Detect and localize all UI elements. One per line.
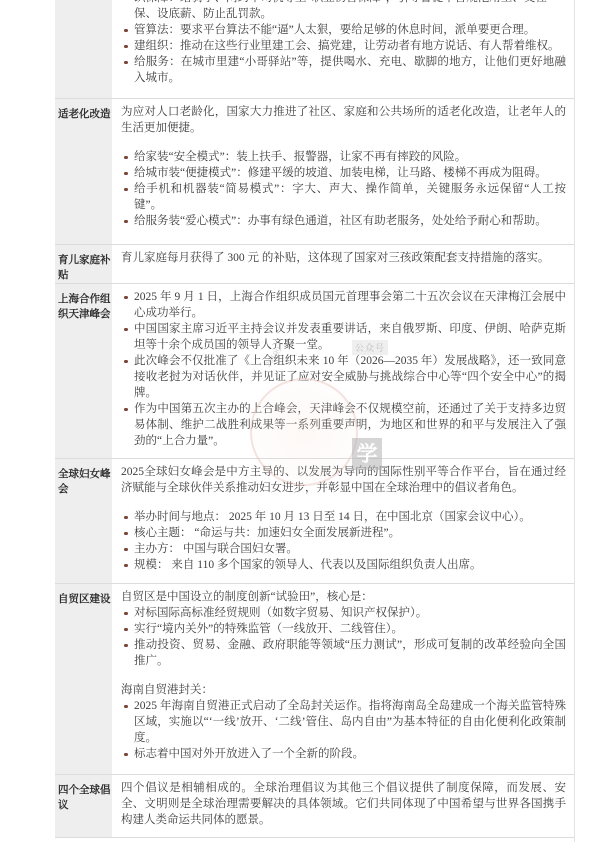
bullet-item: 作为中国第五次主办的上合峰会，天津峰会不仅规模空前，还通过了关于支持多边贸易体制… [121, 401, 566, 449]
bullet-list: 举办时间与地点： 2025 年 10 月 13 日至 14 日，在中国北京（国家… [121, 509, 566, 573]
text-line: 推动投资、贸易、金融、政府职能等领域“压力测试”，形成可复制的改革经验向全国推广… [134, 637, 566, 669]
text-line: 给手机和机器装“简易模式”：字大、声大、操作简单，关键服务永远保留“人工按键”。 [134, 181, 566, 213]
table-row: 四个全球倡议 四个倡议是相辅相成的。全球治理倡议为其他三个倡议提供了制度保障，而… [55, 775, 574, 838]
row-content: 四个倡议是相辅相成的。全球治理倡议为其他三个倡议提供了制度保障，而发展、安全、文… [112, 775, 574, 837]
text-line: 实行“境内关外”的特殊监管（一线放开、二线管住）。 [134, 621, 566, 637]
paragraph: 海南自贸港封关： [121, 682, 566, 698]
text-line: 建组织：推动在这些行业里建工会、搞党建，让劳动者有地方说话、有人帮着维权。 [134, 38, 566, 54]
row-content: 为应对人口老龄化，国家大力推进了社区、家庭和公共场所的适老化改造，让老年人的生活… [112, 99, 574, 244]
row-content: 育儿家庭每月获得了 300 元 的补贴，这体现了国家对三孩政策配套支持措施的落实… [112, 245, 574, 283]
bullet-item: 规模： 来自 110 多个国家的领导人、代表以及国际组织负责人出席。 [121, 557, 566, 573]
row-label: 育儿家庭补贴 [55, 245, 112, 283]
bullet-item: 管算法：要求平台算法不能“逼”人太狠，要给足够的休息时间，派单要更合理。 [121, 22, 566, 38]
text-line: 给服务装“爱心模式”：办事有绿色通道，社区有助老服务，处处给予耐心和帮助。 [134, 213, 566, 229]
text-line: 规模： 来自 110 多个国家的领导人、代表以及国际组织负责人出席。 [134, 557, 566, 573]
paragraph: 2025全球妇女峰会是中方主导的、以发展为导向的国际性别平等合作平台，旨在通过经… [121, 464, 566, 496]
text-line: 对标国际高标准经贸规则（如数字贸易、知识产权保护）。 [134, 605, 566, 621]
bullet-item: 中国国家主席习近平主持会议并发表重要讲话，来自俄罗斯、印度、伊朗、哈萨克斯坦等十… [121, 321, 566, 353]
table-row: 全球妇女峰会 2025全球妇女峰会是中方主导的、以发展为导向的国际性别平等合作平… [55, 459, 574, 584]
paragraph: 四个倡议是相辅相成的。全球治理倡议为其他三个倡议提供了制度保障，而发展、安全、文… [121, 780, 566, 828]
row-label: 全球妇女峰会 [55, 459, 112, 583]
bullet-item: 给手机和机器装“简易模式”：字大、声大、操作简单，关键服务永远保留“人工按键”。 [121, 181, 566, 213]
text-line: 主办方： 中国与联合国妇女署。 [134, 541, 566, 557]
row-content: 2025 年 9 月 1 日，上海合作组织成员国元首理事会第二十五次会议在天津梅… [112, 284, 574, 458]
bullet-item: 标志着中国对外开放进入了一个全新的阶段。 [121, 746, 566, 762]
bullet-item: 给家装“安全模式”：装上扶手、报警器，让家不再有摔跤的风险。 [121, 149, 566, 165]
document-page: 织保障：给骑手、网约车司机等上“职业伤害保障”，引导督促平台规范用工、交社保、设… [0, 0, 596, 842]
text-line: 2025 年 9 月 1 日，上海合作组织成员国元首理事会第二十五次会议在天津梅… [134, 289, 566, 321]
bullet-item: 举办时间与地点： 2025 年 10 月 13 日至 14 日，在中国北京（国家… [121, 509, 566, 525]
bullet-item: 给服务：在城市里建“小哥驿站”等，提供喝水、充电、歇脚的地方，让他们更好地融入城… [121, 54, 566, 86]
table-row: 育儿家庭补贴 育儿家庭每月获得了 300 元 的补贴，这体现了国家对三孩政策配套… [55, 245, 574, 284]
bullet-item: 此次峰会不仅批准了《上合组织未来 10 年（2026—2035 年）发展战略》，… [121, 353, 566, 401]
bullet-item: 给服务装“爱心模式”：办事有绿色通道，社区有助老服务，处处给予耐心和帮助。 [121, 213, 566, 229]
summary-table: 织保障：给骑手、网约车司机等上“职业伤害保障”，引导督促平台规范用工、交社保、设… [55, 0, 574, 838]
text-line: 给服务：在城市里建“小哥驿站”等，提供喝水、充电、歇脚的地方，让他们更好地融入城… [134, 54, 566, 86]
bullet-item: 织保障：给骑手、网约车司机等上“职业伤害保障”，引导督促平台规范用工、交社保、设… [121, 0, 566, 22]
bullet-item: 对标国际高标准经贸规则（如数字贸易、知识产权保护）。 [121, 605, 566, 621]
text-line: 给家装“安全模式”：装上扶手、报警器，让家不再有摔跤的风险。 [134, 149, 566, 165]
bullet-item: 主办方： 中国与联合国妇女署。 [121, 541, 566, 557]
bullet-item: 2025 年海南自贸港正式启动了全岛封关运作。指将海南岛全岛建成一个海关监管特殊… [121, 698, 566, 746]
text-line: 保、设底薪、防止乱罚款。 [134, 6, 566, 22]
paragraph: 自贸区是中国设立的制度创新“试验田”，核心是： [121, 589, 566, 605]
table-right-border [574, 0, 575, 842]
table-row: 织保障：给骑手、网约车司机等上“职业伤害保障”，引导督促平台规范用工、交社保、设… [55, 0, 574, 99]
bullet-item: 推动投资、贸易、金融、政府职能等领域“压力测试”，形成可复制的改革经验向全国推广… [121, 637, 566, 669]
bullet-item: 2025 年 9 月 1 日，上海合作组织成员国元首理事会第二十五次会议在天津梅… [121, 289, 566, 321]
row-label: 上海合作组织天津峰会 [55, 284, 112, 458]
row-content: 织保障：给骑手、网约车司机等上“职业伤害保障”，引导督促平台规范用工、交社保、设… [112, 0, 574, 98]
row-content: 2025全球妇女峰会是中方主导的、以发展为导向的国际性别平等合作平台，旨在通过经… [112, 459, 574, 583]
bullet-item: 建组织：推动在这些行业里建工会、搞党建，让劳动者有地方说话、有人帮着维权。 [121, 38, 566, 54]
bullet-item: 实行“境内关外”的特殊监管（一线放开、二线管住）。 [121, 621, 566, 637]
bullet-list: 给家装“安全模式”：装上扶手、报警器，让家不再有摔跤的风险。给城市装“便捷模式”… [121, 149, 566, 229]
text-line: 举办时间与地点： 2025 年 10 月 13 日至 14 日，在中国北京（国家… [134, 509, 566, 525]
row-content: 自贸区是中国设立的制度创新“试验田”，核心是：对标国际高标准经贸规则（如数字贸易… [112, 584, 574, 774]
text-line: 标志着中国对外开放进入了一个全新的阶段。 [134, 746, 566, 762]
text-line: 中国国家主席习近平主持会议并发表重要讲话，来自俄罗斯、印度、伊朗、哈萨克斯坦等十… [134, 321, 566, 353]
text-line: 管算法：要求平台算法不能“逼”人太狠，要给足够的休息时间，派单要更合理。 [134, 22, 566, 38]
paragraph: 育儿家庭每月获得了 300 元 的补贴，这体现了国家对三孩政策配套支持措施的落实… [121, 250, 566, 266]
table-row: 自贸区建设 自贸区是中国设立的制度创新“试验田”，核心是：对标国际高标准经贸规则… [55, 584, 574, 775]
bullet-list: 织保障：给骑手、网约车司机等上“职业伤害保障”，引导督促平台规范用工、交社保、设… [121, 0, 566, 86]
text-line: 作为中国第五次主办的上合峰会，天津峰会不仅规模空前，还通过了关于支持多边贸易体制… [134, 401, 566, 449]
row-label: 自贸区建设 [55, 584, 112, 774]
bullet-item: 核心主题： “命运与共：加速妇女全面发展新进程”。 [121, 525, 566, 541]
table-row: 上海合作组织天津峰会 2025 年 9 月 1 日，上海合作组织成员国元首理事会… [55, 284, 574, 459]
bullet-item: 给城市装“便捷模式”：修建平缓的坡道、加装电梯，让马路、楼梯不再成为阻碍。 [121, 165, 566, 181]
text-line: 此次峰会不仅批准了《上合组织未来 10 年（2026—2035 年）发展战略》，… [134, 353, 566, 401]
text-line: 给城市装“便捷模式”：修建平缓的坡道、加装电梯，让马路、楼梯不再成为阻碍。 [134, 165, 566, 181]
row-label [55, 0, 112, 98]
text-line: 核心主题： “命运与共：加速妇女全面发展新进程”。 [134, 525, 566, 541]
bullet-list: 2025 年海南自贸港正式启动了全岛封关运作。指将海南岛全岛建成一个海关监管特殊… [121, 698, 566, 762]
paragraph: 为应对人口老龄化，国家大力推进了社区、家庭和公共场所的适老化改造，让老年人的生活… [121, 104, 566, 136]
bullet-list: 2025 年 9 月 1 日，上海合作组织成员国元首理事会第二十五次会议在天津梅… [121, 289, 566, 449]
row-label: 四个全球倡议 [55, 775, 112, 837]
row-label: 适老化改造 [55, 99, 112, 244]
text-line: 2025 年海南自贸港正式启动了全岛封关运作。指将海南岛全岛建成一个海关监管特殊… [134, 698, 566, 746]
table-row: 适老化改造 为应对人口老龄化，国家大力推进了社区、家庭和公共场所的适老化改造，让… [55, 99, 574, 245]
bullet-list: 对标国际高标准经贸规则（如数字贸易、知识产权保护）。实行“境内关外”的特殊监管（… [121, 605, 566, 669]
